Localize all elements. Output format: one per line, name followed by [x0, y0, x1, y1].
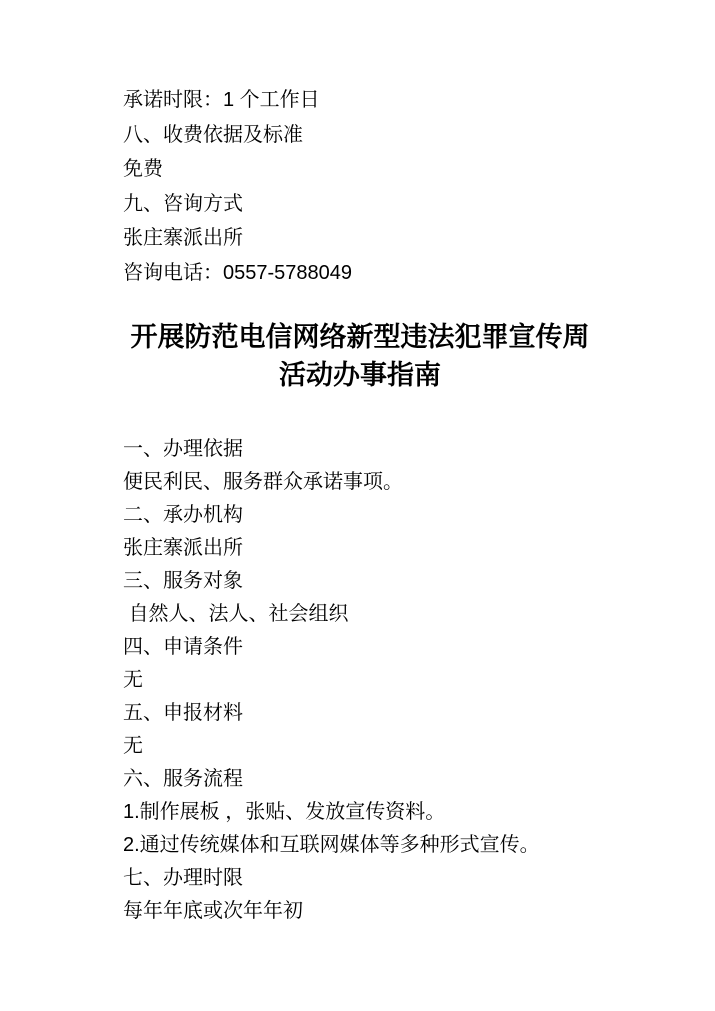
section-3-audience-content: 自然人、法人、社会组织	[123, 598, 597, 631]
document-page: 承诺时限：1 个工作日 八、收费依据及标准 免费 九、咨询方式 张庄寨派出所 咨…	[0, 0, 715, 1011]
previous-guide-tail-section: 承诺时限：1 个工作日 八、收费依据及标准 免费 九、咨询方式 张庄寨派出所 咨…	[123, 83, 597, 290]
section-2-agency-heading: 二、承办机构	[123, 499, 597, 532]
section-5-materials-heading: 五、申报材料	[123, 697, 597, 730]
promise-time-limit-line: 承诺时限：1 个工作日	[123, 83, 597, 118]
section-9-consultation-heading: 九、咨询方式	[123, 187, 597, 222]
section-7-time-limit-content: 每年年底或次年年初	[123, 895, 597, 928]
section-6-process-step-1: 1.制作展板 ，张贴、发放宣传资料。	[123, 796, 597, 829]
document-title: 开展防范电信网络新型违法犯罪宣传周活动办事指南	[123, 318, 597, 394]
section-7-time-limit-heading: 七、办理时限	[123, 862, 597, 895]
police-station-name-line: 张庄寨派出所	[123, 221, 597, 256]
section-2-agency-content: 张庄寨派出所	[123, 532, 597, 565]
fee-free-line: 免费	[123, 152, 597, 187]
section-1-basis-heading: 一、办理依据	[123, 433, 597, 466]
section-1-basis-content: 便民利民、服务群众承诺事项。	[123, 466, 597, 499]
guide-body-section: 一、办理依据 便民利民、服务群众承诺事项。 二、承办机构 张庄寨派出所 三、服务…	[123, 433, 597, 928]
section-5-materials-content: 无	[123, 730, 597, 763]
section-4-conditions-heading: 四、申请条件	[123, 631, 597, 664]
section-6-process-heading: 六、服务流程	[123, 763, 597, 796]
consultation-phone-line: 咨询电话：0557-5788049	[123, 256, 597, 291]
section-6-process-step-2: 2.通过传统媒体和互联网媒体等多种形式宣传。	[123, 829, 597, 862]
section-8-fee-basis-heading: 八、收费依据及标准	[123, 118, 597, 153]
section-3-audience-heading: 三、服务对象	[123, 565, 597, 598]
section-4-conditions-content: 无	[123, 664, 597, 697]
